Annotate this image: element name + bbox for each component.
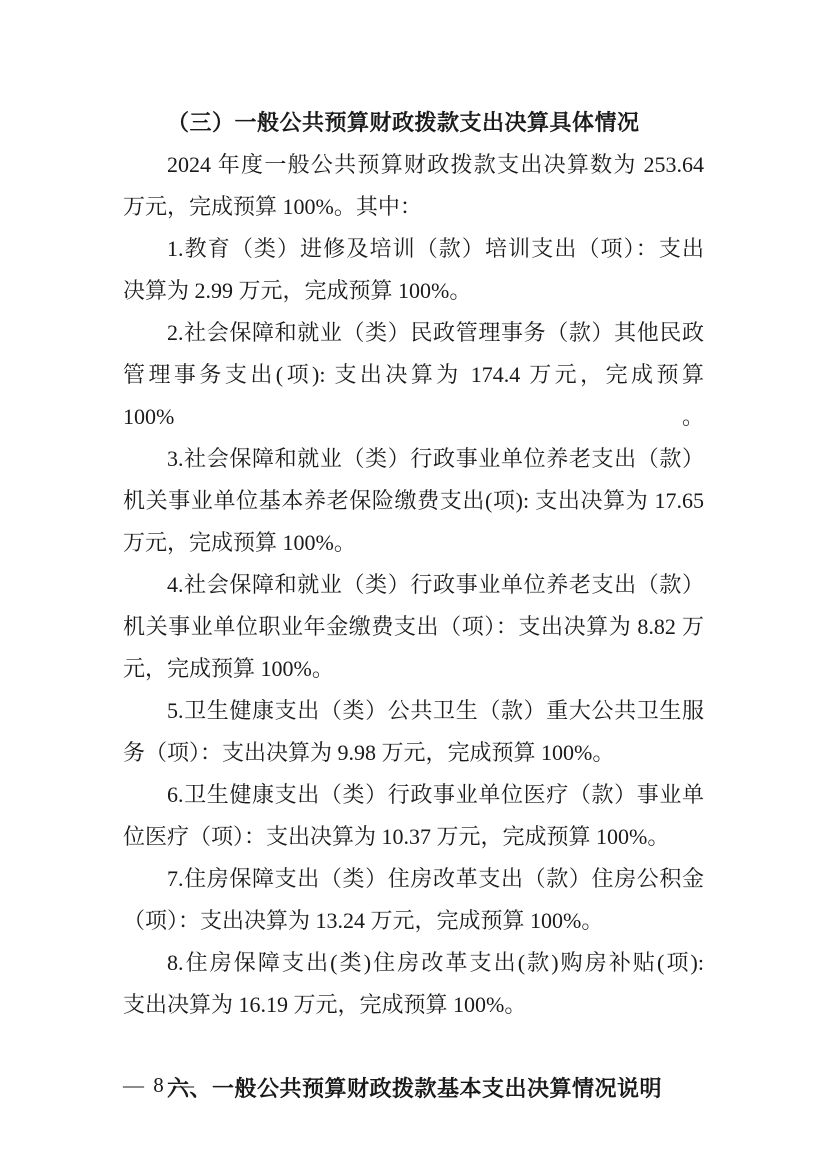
text-line: 5.卫生健康支出（类）公共卫生（款）重大公共卫生服: [123, 690, 704, 732]
text-line: （项）：支出决算为 13.24 万元，完成预算 100%。: [123, 900, 704, 942]
expense-item-2: 2.社会保障和就业（类）民政管理事务（款）其他民政 管理事务支出(项): 支出决…: [123, 312, 704, 438]
text-line: 2.社会保障和就业（类）民政管理事务（款）其他民政: [123, 312, 704, 354]
text-line: 万元，完成预算 100%。其中：: [123, 186, 704, 228]
text-line: 万元，完成预算 100%。: [123, 522, 704, 564]
text-line: 机关事业单位基本养老保险缴费支出(项): 支出决算为 17.65: [123, 480, 704, 522]
text-line: 8.住房保障支出(类)住房改革支出(款)购房补贴(项):: [123, 942, 704, 984]
section-heading: （三）一般公共预算财政拨款支出决算具体情况: [123, 102, 704, 144]
text-line: 6.卫生健康支出（类）行政事业单位医疗（款）事业单: [123, 774, 704, 816]
expense-item-1: 1.教育（类）进修及培训（款）培训支出（项）：支出 决算为 2.99 万元，完成…: [123, 228, 704, 312]
text-line: 决算为 2.99 万元，完成预算 100%。: [123, 270, 704, 312]
text-line: 元，完成预算 100%。: [123, 648, 704, 690]
expense-item-3: 3.社会保障和就业（类）行政事业单位养老支出（款） 机关事业单位基本养老保险缴费…: [123, 438, 704, 564]
blank-line: [123, 1026, 704, 1068]
text-line: 7.住房保障支出（类）住房改革支出（款）住房公积金: [123, 858, 704, 900]
page-number: — 8 —: [123, 1064, 196, 1106]
next-section-heading: 六、一般公共预算财政拨款基本支出决算情况说明: [123, 1068, 704, 1110]
text-line: 4.社会保障和就业（类）行政事业单位养老支出（款）: [123, 564, 704, 606]
expense-item-6: 6.卫生健康支出（类）行政事业单位医疗（款）事业单 位医疗（项）：支出决算为 1…: [123, 774, 704, 858]
text-line: 管理事务支出(项): 支出决算为 174.4 万元，完成预算 100%。: [123, 354, 704, 438]
document-body: （三）一般公共预算财政拨款支出决算具体情况 2024 年度一般公共预算财政拨款支…: [123, 102, 704, 1110]
document-page: （三）一般公共预算财政拨款支出决算具体情况 2024 年度一般公共预算财政拨款支…: [0, 0, 826, 1169]
expense-item-5: 5.卫生健康支出（类）公共卫生（款）重大公共卫生服 务（项）：支出决算为 9.9…: [123, 690, 704, 774]
text-line: 务（项）：支出决算为 9.98 万元，完成预算 100%。: [123, 732, 704, 774]
text-line: 位医疗（项）：支出决算为 10.37 万元，完成预算 100%。: [123, 816, 704, 858]
expense-item-7: 7.住房保障支出（类）住房改革支出（款）住房公积金 （项）：支出决算为 13.2…: [123, 858, 704, 942]
text-line: 3.社会保障和就业（类）行政事业单位养老支出（款）: [123, 438, 704, 480]
text-line: 1.教育（类）进修及培训（款）培训支出（项）：支出: [123, 228, 704, 270]
expense-item-4: 4.社会保障和就业（类）行政事业单位养老支出（款） 机关事业单位职业年金缴费支出…: [123, 564, 704, 690]
text-line: 机关事业单位职业年金缴费支出（项）：支出决算为 8.82 万: [123, 606, 704, 648]
text-line: 支出决算为 16.19 万元，完成预算 100%。: [123, 984, 704, 1026]
intro-paragraph: 2024 年度一般公共预算财政拨款支出决算数为 253.64 万元，完成预算 1…: [123, 144, 704, 228]
text-line: 2024 年度一般公共预算财政拨款支出决算数为 253.64: [123, 144, 704, 186]
expense-item-8: 8.住房保障支出(类)住房改革支出(款)购房补贴(项): 支出决算为 16.19…: [123, 942, 704, 1026]
